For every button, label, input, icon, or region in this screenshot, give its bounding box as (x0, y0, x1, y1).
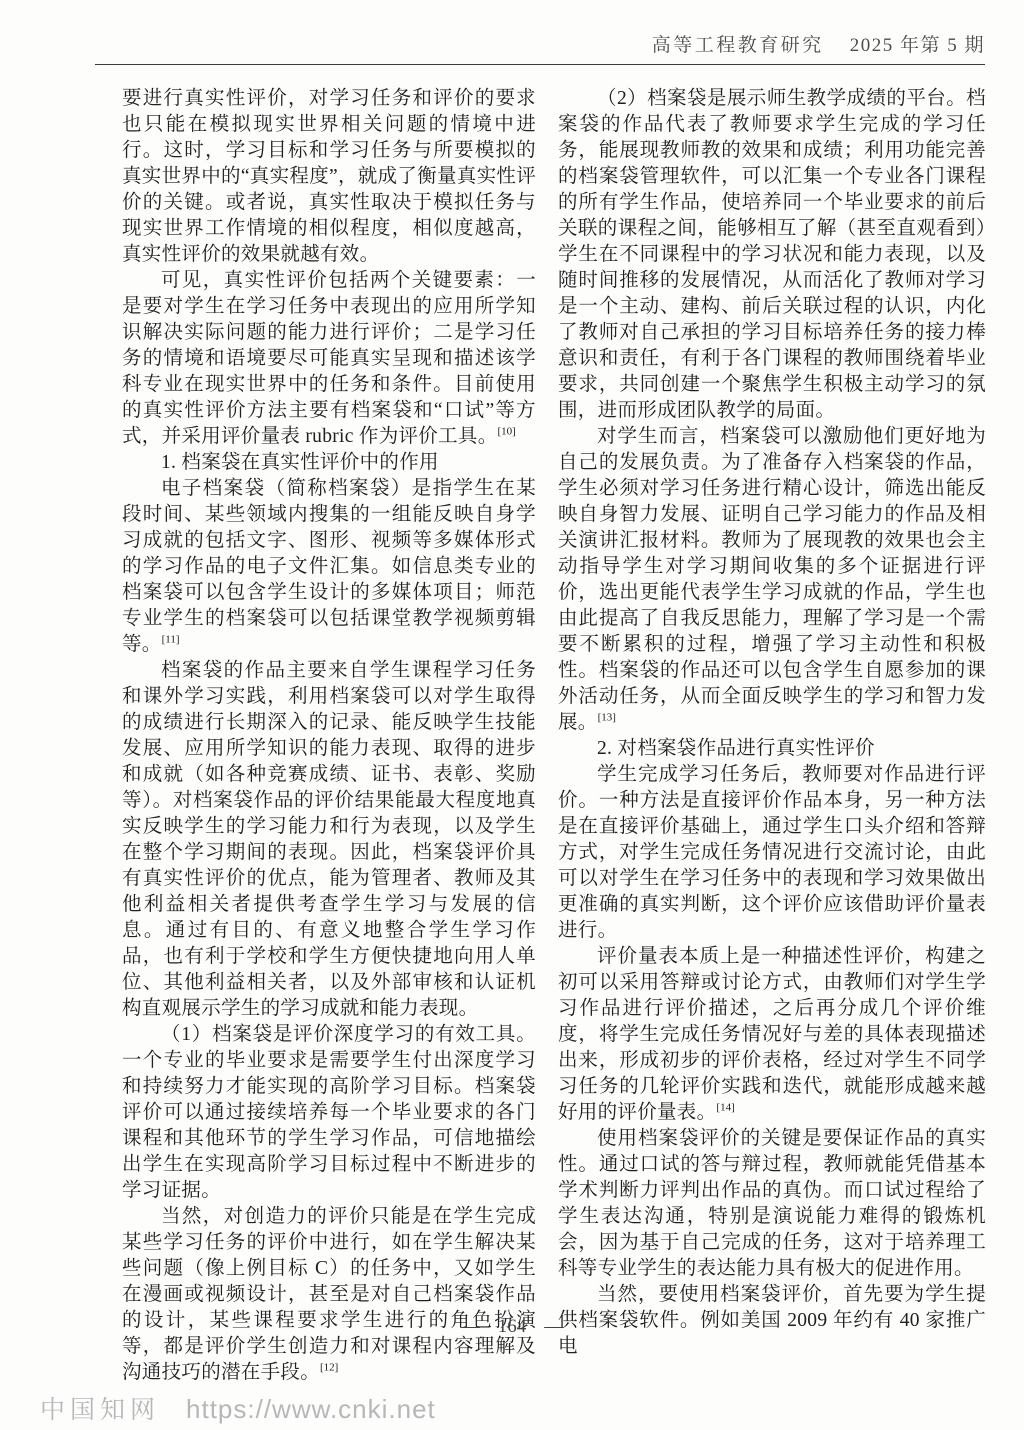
citation-ref: [11] (162, 634, 180, 646)
paragraph: 档案袋的作品主要来自学生课程学习任务和课外学习实践，利用档案袋可以对学生取得的成… (122, 658, 536, 1022)
paragraph: 当然，对创造力的评价只能是在学生完成某些学习任务的评价中进行，如在学生解决某些问… (122, 1204, 536, 1386)
paragraph: 可见，真实性评价包括两个关键要素：一是要对学生在学习任务中表现出的应用所学知识解… (122, 268, 536, 450)
page-number-dash-right: — (544, 1316, 563, 1338)
journal-title: 高等工程教育研究 (652, 35, 824, 56)
paragraph-text: 评价量表本质上是一种描述性评价，构建之初可以采用答辩或讨论方式，由教师们对学生学… (558, 946, 986, 1123)
citation-ref: [13] (598, 712, 616, 724)
paragraph: 要进行真实性评价，对学习任务和评价的要求也只能在模拟现实世界相关问题的情境中进行… (122, 86, 536, 268)
paragraph-text: 学生完成学习任务后，教师要对作品进行评价。一种方法是直接评价作品本身，另一种方法… (558, 764, 986, 941)
paragraph: （2）档案袋是展示师生教学成绩的平台。档案袋的作品代表了教师要求学生完成的学习任… (558, 86, 986, 424)
citation-ref: [10] (498, 426, 516, 438)
cnki-url: https://www.cnki.net (186, 1394, 436, 1425)
page-number-value: 164 (498, 1316, 527, 1338)
paragraph-text: （1）档案袋是评价深度学习的有效工具。一个专业的毕业要求是需要学生付出深度学习和… (122, 1024, 536, 1201)
paragraph: 使用档案袋评价的关键是要保证作品的真实性。通过口试的答与辩过程，教师就能凭借基本… (558, 1126, 986, 1282)
heading-text: 2. 对档案袋作品进行真实性评价 (597, 738, 875, 759)
paragraph-text: 对学生而言，档案袋可以激励他们更好地为自己的发展负责。为了准备存入档案袋的作品，… (558, 426, 986, 733)
paragraph-text: 要进行真实性评价，对学习任务和评价的要求也只能在模拟现实世界相关问题的情境中进行… (122, 88, 536, 265)
paragraph: 学生完成学习任务后，教师要对作品进行评价。一种方法是直接评价作品本身，另一种方法… (558, 762, 986, 944)
page-header: 高等工程教育研究2025 年第 5 期 (95, 30, 985, 57)
paragraph: 评价量表本质上是一种描述性评价，构建之初可以采用答辩或讨论方式，由教师们对学生学… (558, 944, 986, 1126)
paragraph-text: 电子档案袋（简称档案袋）是指学生在某段时间、某些领域内搜集的一组能反映自身学习成… (122, 478, 536, 655)
header-divider (95, 64, 985, 65)
cnki-watermark: 中国知网 https://www.cnki.net (40, 1390, 436, 1426)
heading-text: 1. 档案袋在真实性评价中的作用 (161, 452, 439, 473)
cnki-site-name: 中国知网 (40, 1390, 160, 1426)
left-column: 要进行真实性评价，对学习任务和评价的要求也只能在模拟现实世界相关问题的情境中进行… (122, 86, 536, 1386)
paragraph-text: 使用档案袋评价的关键是要保证作品的真实性。通过口试的答与辩过程，教师就能凭借基本… (558, 1128, 986, 1279)
paragraph-text: 当然，对创造力的评价只能是在学生完成某些学习任务的评价中进行，如在学生解决某些问… (122, 1206, 536, 1383)
paragraph: （1）档案袋是评价深度学习的有效工具。一个专业的毕业要求是需要学生付出深度学习和… (122, 1022, 536, 1204)
paragraph-text: （2）档案袋是展示师生教学成绩的平台。档案袋的作品代表了教师要求学生完成的学习任… (558, 88, 986, 421)
journal-issue: 2025 年第 5 期 (850, 35, 985, 56)
paragraph: 对学生而言，档案袋可以激励他们更好地为自己的发展负责。为了准备存入档案袋的作品，… (558, 424, 986, 736)
paragraph-text: 可见，真实性评价包括两个关键要素：一是要对学生在学习任务中表现出的应用所学知识解… (122, 270, 536, 447)
page-number: — 164 — (0, 1316, 1024, 1338)
page-number-dash-left: — (461, 1316, 480, 1338)
section-heading: 1. 档案袋在真实性评价中的作用 (122, 450, 536, 476)
right-column: （2）档案袋是展示师生教学成绩的平台。档案袋的作品代表了教师要求学生完成的学习任… (558, 86, 986, 1360)
citation-ref: [14] (716, 1102, 734, 1114)
paragraph-text: 档案袋的作品主要来自学生课程学习任务和课外学习实践，利用档案袋可以对学生取得的成… (122, 660, 536, 1019)
citation-ref: [12] (320, 1362, 338, 1374)
paragraph: 电子档案袋（简称档案袋）是指学生在某段时间、某些领域内搜集的一组能反映自身学习成… (122, 476, 536, 658)
section-heading: 2. 对档案袋作品进行真实性评价 (558, 736, 986, 762)
journal-page: 高等工程教育研究2025 年第 5 期 要进行真实性评价，对学习任务和评价的要求… (0, 0, 1024, 1430)
